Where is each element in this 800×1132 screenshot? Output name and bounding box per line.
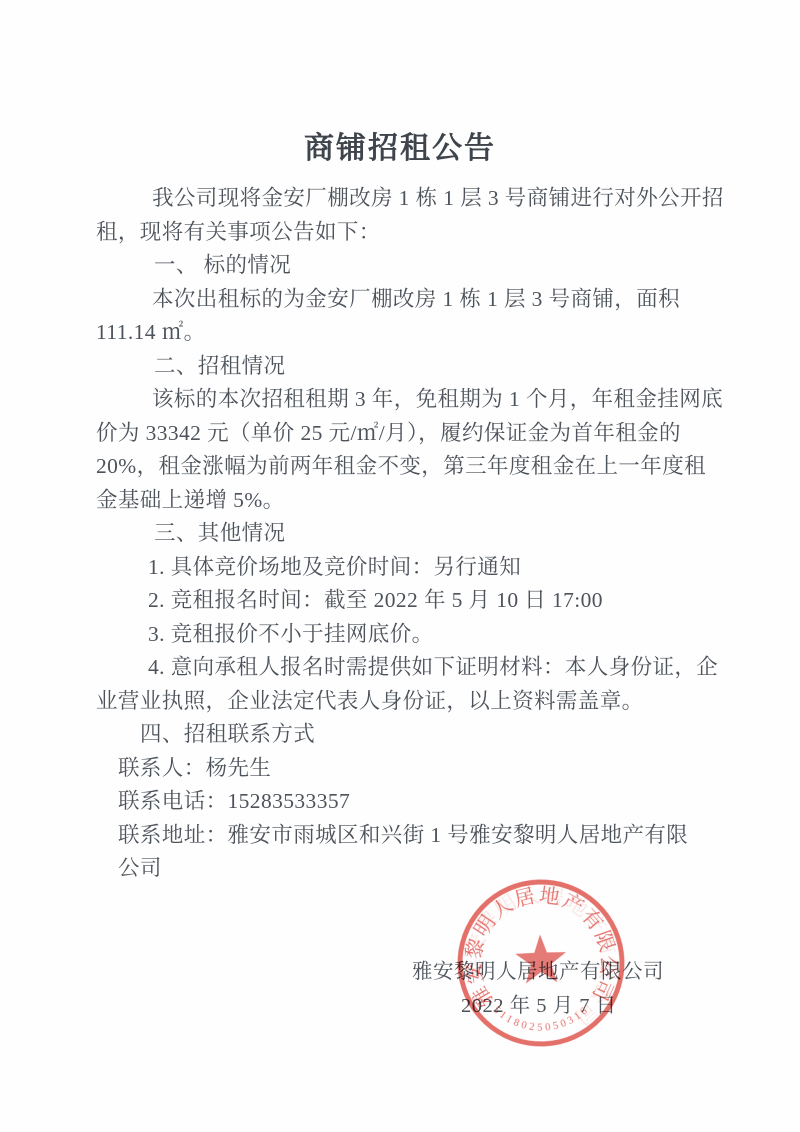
list-item-3: 3. 竞租报价不小于挂网底价。 (96, 618, 736, 652)
document-page: 商铺招租公告 我公司现将金安厂棚改房 1 栋 1 层 3 号商铺进行对外公开招 … (0, 0, 800, 1132)
section-heading-4: 四、招租联系方式 (96, 718, 736, 752)
list-item-4: 4. 意向承租人报名时需提供如下证明材料：本人身份证，企 (96, 651, 736, 685)
list-item-1: 1. 具体竞价场地及竞价时间：另行通知 (96, 551, 736, 585)
svg-text:5118025050316: 5118025050316 (490, 1001, 591, 1036)
doc-line: 该标的本次招租租期 3 年，免租期为 1 个月，年租金挂网底 (96, 383, 736, 417)
contact-phone: 联系电话：15283533357 (96, 785, 736, 819)
doc-line: 我公司现将金安厂棚改房 1 栋 1 层 3 号商铺进行对外公开招 (96, 182, 736, 216)
doc-line: 本次出租标的为金安厂棚改房 1 栋 1 层 3 号商铺，面积 (96, 283, 736, 317)
doc-line: 租，现将有关事项公告如下： (96, 216, 736, 250)
section-heading-2: 二、招租情况 (96, 350, 736, 384)
contact-address-cont: 公司 (96, 852, 736, 886)
company-seal: 雅安黎明人居地产有限公司 5118025050316 雅安黎明人居地产有限公司 (449, 871, 633, 1055)
doc-line: 111.14 ㎡。 (96, 316, 736, 350)
section-heading-1: 一、 标的情况 (96, 249, 736, 283)
doc-line: 业营业执照，企业法定代表人身份证，以上资料需盖章。 (96, 685, 736, 719)
doc-line: 20%，租金涨幅为前两年租金不变，第三年度租金在上一年度租 (96, 450, 736, 484)
contact-person: 联系人：杨先生 (96, 752, 736, 786)
doc-line: 金基础上递增 5%。 (96, 484, 736, 518)
list-item-2: 2. 竞租报名时间：截至 2022 年 5 月 10 日 17:00 (96, 584, 736, 618)
seal-star-icon (515, 934, 567, 984)
contact-address: 联系地址：雅安市雨城区和兴街 1 号雅安黎明人居地产有限 (96, 819, 736, 853)
doc-line: 价为 33342 元（单价 25 元/㎡/月），履约保证金为首年租金的 (96, 417, 736, 451)
seal-serial-text: 5118025050316 (490, 1001, 591, 1036)
page-title: 商铺招租公告 (0, 123, 800, 167)
section-heading-3: 三、其他情况 (96, 517, 736, 551)
document-body: 我公司现将金安厂棚改房 1 栋 1 层 3 号商铺进行对外公开招 租，现将有关事… (96, 182, 736, 886)
